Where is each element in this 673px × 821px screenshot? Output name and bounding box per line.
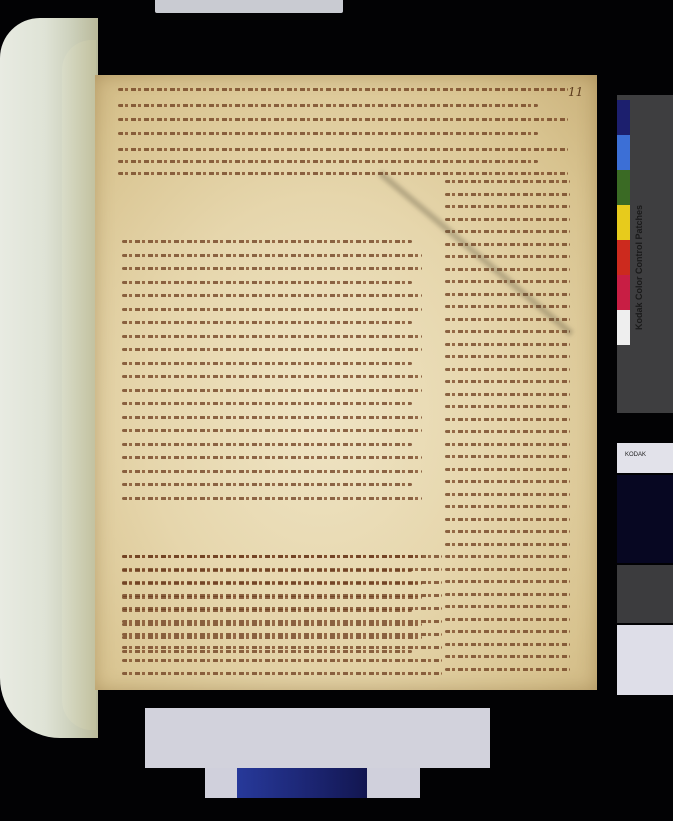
gray-step-light — [617, 625, 673, 695]
bottom-target-card — [145, 708, 490, 768]
gray-scale-label: KODAK — [625, 452, 646, 458]
text-line — [122, 416, 422, 419]
text-line — [445, 443, 570, 446]
text-line — [445, 605, 570, 608]
text-line — [118, 160, 538, 163]
text-line — [445, 468, 570, 471]
text-line — [122, 254, 422, 257]
text-line — [445, 630, 570, 633]
text-line — [445, 355, 570, 358]
text-line — [445, 655, 570, 658]
text-line — [118, 172, 568, 175]
text-line — [445, 255, 570, 258]
text-line — [122, 348, 422, 351]
text-line — [122, 646, 442, 649]
text-line — [445, 580, 570, 583]
text-line — [445, 430, 570, 433]
text-line — [445, 643, 570, 646]
text-line — [445, 568, 570, 571]
text-line — [122, 321, 412, 324]
text-line — [445, 230, 570, 233]
text-line — [445, 505, 570, 508]
text-line — [118, 132, 538, 135]
text-line — [118, 104, 538, 107]
text-line — [445, 293, 570, 296]
text-line — [122, 594, 442, 597]
color-patch-blue — [617, 100, 630, 135]
text-line — [445, 405, 570, 408]
text-line — [445, 480, 570, 483]
gray-step-mid-gray — [617, 565, 673, 623]
text-line — [122, 294, 422, 297]
text-line — [122, 650, 412, 653]
color-patch-green — [617, 170, 630, 205]
text-line — [445, 330, 570, 333]
text-line — [122, 636, 422, 639]
gray-step-black — [617, 475, 673, 563]
text-line — [122, 308, 422, 311]
color-strip-label: Kodak Color Control Patches — [634, 205, 644, 330]
text-line — [122, 581, 442, 584]
text-line — [445, 218, 570, 221]
color-patch-red — [617, 240, 630, 275]
text-line — [445, 618, 570, 621]
text-line — [118, 148, 568, 151]
text-line — [122, 375, 422, 378]
color-control-strip — [617, 95, 673, 413]
text-line — [122, 402, 412, 405]
flyleaf-edge — [62, 40, 96, 730]
text-line — [122, 335, 422, 338]
top-target-card — [155, 0, 343, 13]
gray-step-white — [617, 443, 673, 473]
text-line — [122, 607, 442, 610]
text-line — [122, 443, 412, 446]
text-line — [122, 497, 422, 500]
text-line — [445, 418, 570, 421]
text-line — [445, 555, 570, 558]
text-line — [445, 380, 570, 383]
text-line — [445, 530, 570, 533]
text-line — [445, 343, 570, 346]
color-patch-yellow — [617, 205, 630, 240]
text-line — [445, 205, 570, 208]
text-line — [445, 668, 570, 671]
color-patch-magenta — [617, 275, 630, 310]
text-line — [445, 518, 570, 521]
text-line — [445, 305, 570, 308]
color-patch-cyan — [617, 135, 630, 170]
text-line — [122, 659, 442, 662]
text-line — [122, 568, 442, 571]
text-line — [445, 268, 570, 271]
text-line — [122, 362, 412, 365]
text-line — [445, 543, 570, 546]
text-line — [122, 456, 422, 459]
text-line — [445, 493, 570, 496]
text-line — [122, 281, 412, 284]
text-line — [445, 393, 570, 396]
text-line — [122, 483, 412, 486]
text-line — [122, 267, 422, 270]
text-line — [118, 88, 568, 91]
text-line — [122, 633, 442, 636]
text-line — [122, 672, 442, 675]
text-line — [122, 620, 442, 623]
text-line — [445, 180, 570, 183]
text-line — [445, 455, 570, 458]
text-line — [122, 389, 422, 392]
text-line — [445, 193, 570, 196]
text-line — [122, 555, 442, 558]
gray-scale-target — [617, 443, 673, 668]
text-line — [445, 368, 570, 371]
color-patch-white — [617, 310, 630, 345]
text-line — [445, 593, 570, 596]
text-line — [118, 118, 568, 121]
bottom-blue-patch — [237, 768, 367, 798]
text-line — [122, 240, 412, 243]
text-line — [122, 429, 422, 432]
folio-number: 11 — [568, 85, 583, 99]
text-line — [122, 470, 422, 473]
